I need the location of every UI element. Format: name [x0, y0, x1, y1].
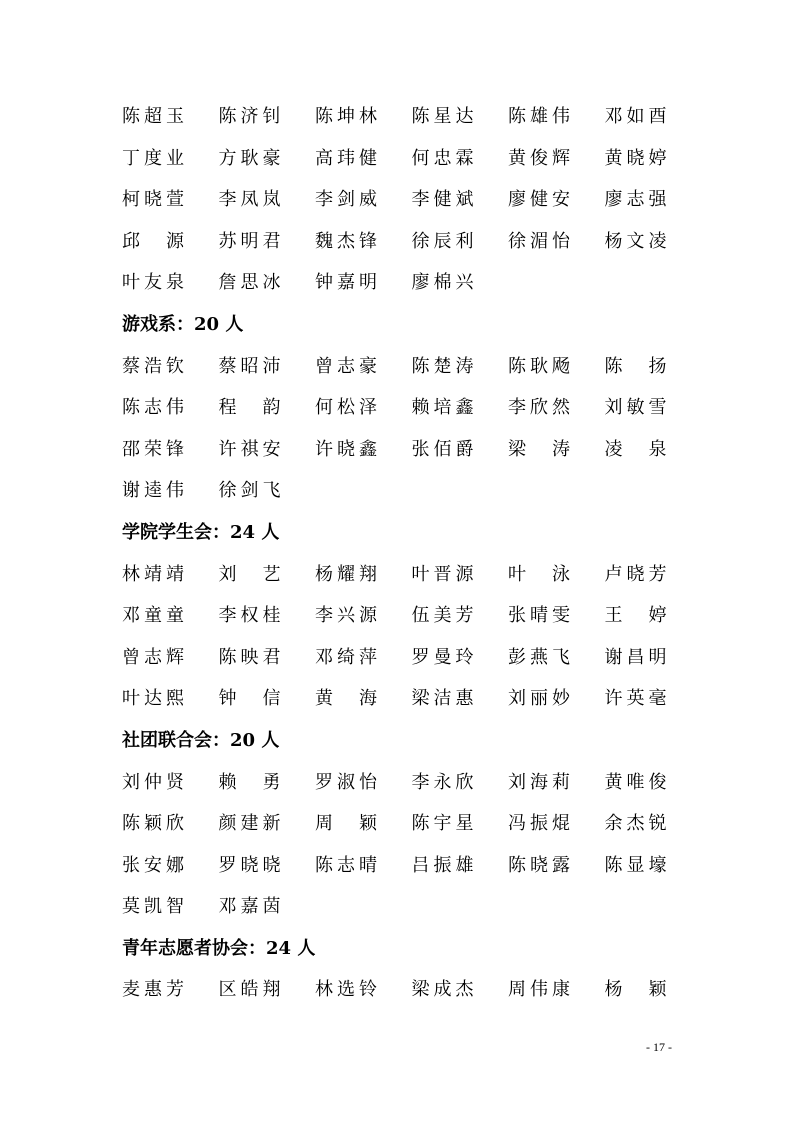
person-name: 谢逵伟	[122, 470, 219, 512]
person-name: 刘海莉	[508, 762, 605, 804]
person-name: 李剑威	[315, 179, 412, 221]
person-name: 赖勇	[219, 762, 316, 804]
person-name: 李权桂	[219, 595, 316, 637]
person-name: 刘艺	[219, 554, 316, 596]
name-row: 陈志伟程韵何松泽赖培鑫李欣然刘敏雪	[122, 387, 682, 429]
name-row: 张安娜罗晓晓陈志晴吕振雄陈晓露陈显壕	[122, 845, 682, 887]
name-row: 林靖靖刘艺杨耀翔叶晋源叶泳卢晓芳	[122, 554, 682, 596]
person-name: 林靖靖	[122, 554, 219, 596]
person-name: 杨文凌	[605, 221, 702, 263]
person-name: 刘敏雪	[605, 387, 702, 429]
name-row: 柯晓萱李凤岚李剑威李健斌廖健安廖志强	[122, 179, 682, 221]
name-row: 邵荣锋许祺安许晓鑫张佰爵梁涛凌泉	[122, 429, 682, 471]
person-name: 张安娜	[122, 845, 219, 887]
name-row: 麦惠芳区皓翔林选铃梁成杰周伟康杨颖	[122, 969, 682, 1011]
person-name: 梁涛	[508, 429, 605, 471]
person-name: 李凤岚	[219, 179, 316, 221]
person-name: 余杰锐	[605, 803, 702, 845]
person-name: 陈耿飏	[508, 346, 605, 388]
person-name: 许英毫	[605, 678, 702, 720]
person-name: 陈晓露	[508, 845, 605, 887]
person-name: 梁洁惠	[412, 678, 509, 720]
person-name: 廖棉兴	[412, 262, 509, 304]
person-name: 莫凯智	[122, 886, 219, 928]
person-name: 陈志晴	[315, 845, 412, 887]
person-name: 陈显壕	[605, 845, 702, 887]
person-name: 柯晓萱	[122, 179, 219, 221]
person-name: 邓嘉茵	[219, 886, 316, 928]
person-name: 刘丽妙	[508, 678, 605, 720]
name-row: 叶友泉詹思冰钟嘉明廖棉兴	[122, 262, 682, 304]
section-heading: 游戏系：20 人	[122, 304, 682, 346]
person-name: 卢晓芳	[605, 554, 702, 596]
person-name: 丁度业	[122, 138, 219, 180]
person-name: 刘仲贤	[122, 762, 219, 804]
person-name: 李健斌	[412, 179, 509, 221]
person-name: 陈雄伟	[508, 96, 605, 138]
person-name: 许晓鑫	[315, 429, 412, 471]
person-name: 黄晓婷	[605, 138, 702, 180]
name-row: 邱源苏明君魏杰锋徐辰利徐湄怡杨文凌	[122, 221, 682, 263]
person-name: 何松泽	[315, 387, 412, 429]
person-name: 徐剑飞	[219, 470, 316, 512]
person-name: 李兴源	[315, 595, 412, 637]
person-name: 吕振雄	[412, 845, 509, 887]
name-row: 陈颖欣颜建新周颖陈宇星冯振焜余杰锐	[122, 803, 682, 845]
person-name: 李永欣	[412, 762, 509, 804]
person-name: 詹思冰	[219, 262, 316, 304]
person-name: 陈超玉	[122, 96, 219, 138]
person-name: 曾志豪	[315, 346, 412, 388]
person-name: 陈颖欣	[122, 803, 219, 845]
person-name: 程韵	[219, 387, 316, 429]
person-name: 杨颖	[605, 969, 702, 1011]
person-name: 邱源	[122, 221, 219, 263]
person-name: 罗淑怡	[315, 762, 412, 804]
person-name: 谢昌明	[605, 637, 702, 679]
person-name: 陈扬	[605, 346, 702, 388]
person-name: 陈星达	[412, 96, 509, 138]
document-body: 陈超玉陈济钊陈坤林陈星达陈雄伟邓如酉丁度业方耿豪高玮健何忠霖黄俊辉黄晓婷柯晓萱李…	[122, 96, 682, 1011]
person-name: 叶达熙	[122, 678, 219, 720]
person-name: 许祺安	[219, 429, 316, 471]
person-name: 徐辰利	[412, 221, 509, 263]
name-row: 蔡浩钦蔡昭沛曾志豪陈楚涛陈耿飏陈扬	[122, 346, 682, 388]
person-name: 陈宇星	[412, 803, 509, 845]
name-row: 曾志辉陈映君邓绮萍罗曼玲彭燕飞谢昌明	[122, 637, 682, 679]
person-name: 叶晋源	[412, 554, 509, 596]
person-name: 王婷	[605, 595, 702, 637]
person-name: 凌泉	[605, 429, 702, 471]
person-name: 罗曼玲	[412, 637, 509, 679]
person-name: 伍美芳	[412, 595, 509, 637]
person-name: 廖志强	[605, 179, 702, 221]
person-name: 周颖	[315, 803, 412, 845]
person-name: 魏杰锋	[315, 221, 412, 263]
person-name: 陈楚涛	[412, 346, 509, 388]
person-name: 梁成杰	[412, 969, 509, 1011]
page-number: - 17 -	[646, 1040, 672, 1055]
person-name: 何忠霖	[412, 138, 509, 180]
person-name: 杨耀翔	[315, 554, 412, 596]
person-name: 苏明君	[219, 221, 316, 263]
section-heading: 青年志愿者协会：24 人	[122, 928, 682, 970]
section-heading: 社团联合会：20 人	[122, 720, 682, 762]
person-name: 邓如酉	[605, 96, 702, 138]
person-name: 颜建新	[219, 803, 316, 845]
name-row: 叶达熙钟信黄海梁洁惠刘丽妙许英毫	[122, 678, 682, 720]
person-name: 冯振焜	[508, 803, 605, 845]
person-name: 钟信	[219, 678, 316, 720]
person-name: 林选铃	[315, 969, 412, 1011]
person-name: 邓童童	[122, 595, 219, 637]
person-name: 叶泳	[508, 554, 605, 596]
person-name: 徐湄怡	[508, 221, 605, 263]
person-name: 曾志辉	[122, 637, 219, 679]
name-row: 丁度业方耿豪高玮健何忠霖黄俊辉黄晓婷	[122, 138, 682, 180]
name-row: 陈超玉陈济钊陈坤林陈星达陈雄伟邓如酉	[122, 96, 682, 138]
name-row: 邓童童李权桂李兴源伍美芳张晴雯王婷	[122, 595, 682, 637]
person-name: 蔡昭沛	[219, 346, 316, 388]
person-name: 陈志伟	[122, 387, 219, 429]
person-name: 黄海	[315, 678, 412, 720]
person-name: 彭燕飞	[508, 637, 605, 679]
person-name: 麦惠芳	[122, 969, 219, 1011]
person-name: 张晴雯	[508, 595, 605, 637]
person-name: 陈济钊	[219, 96, 316, 138]
person-name: 张佰爵	[412, 429, 509, 471]
person-name: 邓绮萍	[315, 637, 412, 679]
person-name: 廖健安	[508, 179, 605, 221]
person-name: 陈映君	[219, 637, 316, 679]
name-row: 莫凯智邓嘉茵	[122, 886, 682, 928]
person-name: 李欣然	[508, 387, 605, 429]
section-heading: 学院学生会：24 人	[122, 512, 682, 554]
person-name: 高玮健	[315, 138, 412, 180]
person-name: 区皓翔	[219, 969, 316, 1011]
person-name: 邵荣锋	[122, 429, 219, 471]
person-name: 叶友泉	[122, 262, 219, 304]
person-name: 黄唯俊	[605, 762, 702, 804]
person-name: 罗晓晓	[219, 845, 316, 887]
person-name: 方耿豪	[219, 138, 316, 180]
person-name: 蔡浩钦	[122, 346, 219, 388]
name-row: 谢逵伟徐剑飞	[122, 470, 682, 512]
person-name: 陈坤林	[315, 96, 412, 138]
person-name: 周伟康	[508, 969, 605, 1011]
person-name: 赖培鑫	[412, 387, 509, 429]
person-name: 黄俊辉	[508, 138, 605, 180]
person-name: 钟嘉明	[315, 262, 412, 304]
name-row: 刘仲贤赖勇罗淑怡李永欣刘海莉黄唯俊	[122, 762, 682, 804]
